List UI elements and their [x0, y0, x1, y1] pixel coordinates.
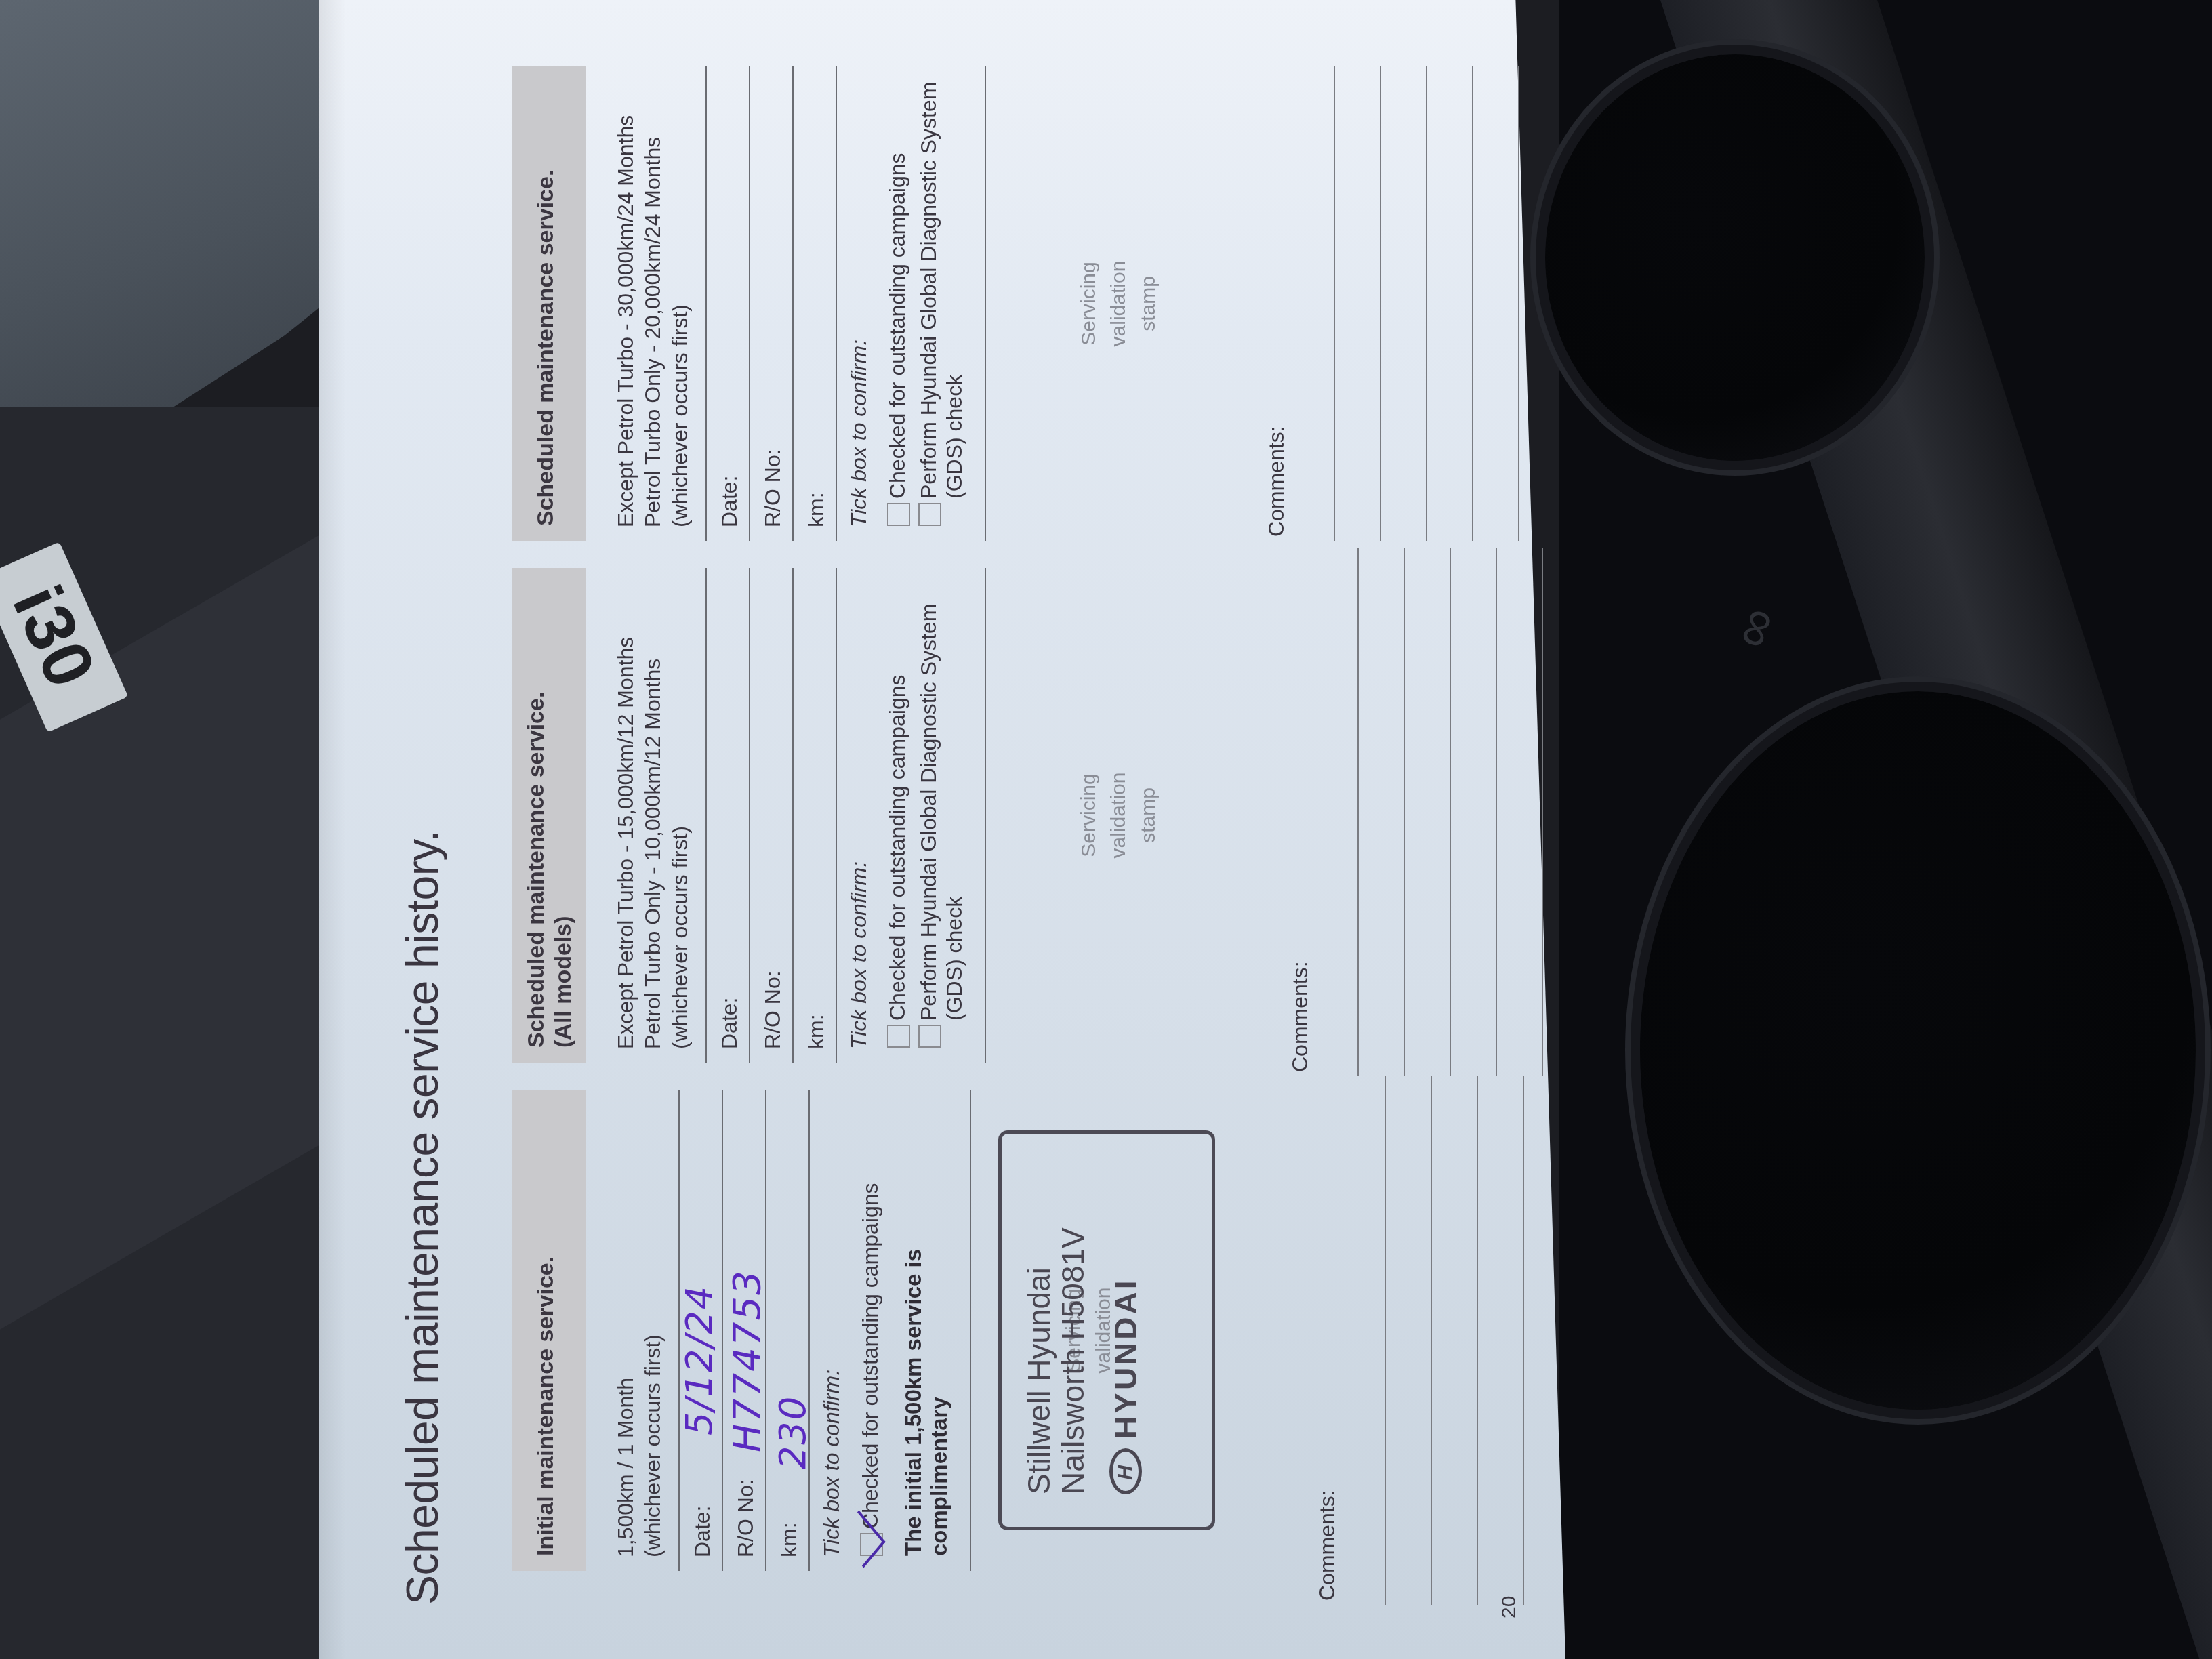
- service-interval: Except Petrol Turbo - 30,000km/24 Months…: [612, 66, 693, 541]
- tick-instructions: Tick box to confirm:: [819, 1090, 852, 1571]
- complimentary-note: The initial 1,500km service is complimen…: [901, 1090, 952, 1571]
- service-fields: Date: R/O No: km:: [705, 568, 837, 1063]
- comment-line[interactable]: [1497, 548, 1543, 1076]
- comments-15000: Comments:: [1288, 548, 1543, 1076]
- divider: [967, 568, 986, 1063]
- comments-30000: Comments:: [1264, 66, 1519, 541]
- stamp-placeholder: Servicing validation stamp: [1074, 568, 1164, 1063]
- comment-line[interactable]: [1289, 66, 1335, 541]
- stamp-area: Servicing validation stamp: [986, 568, 1325, 1063]
- cup-holder: [1640, 691, 2196, 1410]
- column-header: Scheduled maintenance service.: [512, 66, 586, 541]
- check-outstanding-campaigns[interactable]: Checked for outstanding campaigns: [884, 568, 910, 1063]
- checkbox-empty-icon[interactable]: [887, 503, 910, 526]
- service-fields: Date: R/O No: km:: [705, 66, 837, 541]
- service-column-30000: Scheduled maintenance service. Except Pe…: [512, 66, 1325, 541]
- check-outstanding-campaigns[interactable]: Checked for outstanding campaigns: [857, 1090, 883, 1571]
- date-field[interactable]: Date:: [705, 568, 750, 1063]
- service-booklet-page: Scheduled maintenance service history. I…: [319, 0, 1565, 1659]
- date-field[interactable]: Date: 5/12/24: [678, 1090, 723, 1571]
- column-header: Scheduled maintenance service. (All mode…: [512, 568, 586, 1063]
- dealer-validation-stamp: Stillwell Hyundai Nailsworth H5081V H HY…: [998, 1130, 1215, 1530]
- page-number: 20: [1498, 1596, 1521, 1618]
- hyundai-logo-icon: H: [1109, 1448, 1142, 1494]
- comment-line[interactable]: [1451, 548, 1497, 1076]
- checkbox-empty-icon[interactable]: [887, 1025, 910, 1048]
- tick-instructions: Tick box to confirm:: [846, 66, 879, 541]
- handwritten-ro-number: H774753: [725, 1269, 769, 1452]
- km-field[interactable]: km: 230: [766, 1090, 810, 1571]
- checkbox-empty-icon[interactable]: [918, 1025, 941, 1048]
- ro-number-field[interactable]: R/O No: H774753: [723, 1090, 766, 1571]
- comment-line[interactable]: [1432, 1076, 1478, 1605]
- divider: [967, 66, 986, 541]
- cup-holder: [1545, 54, 1925, 461]
- checkbox-checked-icon[interactable]: [860, 1533, 883, 1556]
- check-outstanding-campaigns[interactable]: Checked for outstanding campaigns: [884, 66, 910, 541]
- checkbox-empty-icon[interactable]: [918, 503, 941, 526]
- comment-line[interactable]: [1473, 66, 1519, 541]
- comment-line[interactable]: [1381, 66, 1427, 541]
- divider: [952, 1090, 971, 1571]
- comment-line[interactable]: [1478, 1076, 1524, 1605]
- comment-line[interactable]: [1340, 1076, 1386, 1605]
- ro-number-field[interactable]: R/O No:: [750, 568, 794, 1063]
- service-column-15000: Scheduled maintenance service. (All mode…: [512, 568, 1325, 1063]
- km-field[interactable]: km:: [794, 66, 837, 541]
- service-interval: 1,500km / 1 Month (whichever occurs firs…: [612, 1090, 666, 1571]
- tick-instructions: Tick box to confirm:: [846, 568, 879, 1063]
- comment-line[interactable]: [1386, 1076, 1432, 1605]
- handwritten-date: 5/12/24: [678, 1285, 720, 1435]
- comment-line[interactable]: [1313, 548, 1359, 1076]
- stamp-area: Servicing validation Stillwell Hyundai N…: [971, 1090, 1310, 1571]
- service-interval: Except Petrol Turbo - 15,000km/12 Months…: [612, 568, 693, 1063]
- date-field[interactable]: Date:: [705, 66, 750, 541]
- service-fields: Date: 5/12/24 R/O No: H774753 km: 230: [678, 1090, 810, 1571]
- stamp-placeholder: Servicing validation stamp: [1074, 66, 1164, 541]
- page-title: Scheduled maintenance service history.: [396, 830, 448, 1605]
- page-spine-shadow: [319, 0, 346, 1659]
- comment-line[interactable]: [1359, 548, 1405, 1076]
- comments-initial: Comments:: [1315, 1076, 1524, 1605]
- km-field[interactable]: km:: [794, 568, 837, 1063]
- service-column-initial: Initial maintenance service. 1,500km / 1…: [512, 1090, 1310, 1571]
- check-gds[interactable]: Perform Hyundai Global Diagnostic System…: [916, 66, 967, 541]
- column-header: Initial maintenance service.: [512, 1090, 586, 1571]
- ro-number-field[interactable]: R/O No:: [750, 66, 794, 541]
- comment-line[interactable]: [1427, 66, 1473, 541]
- comment-line[interactable]: [1405, 548, 1451, 1076]
- check-gds[interactable]: Perform Hyundai Global Diagnostic System…: [916, 568, 967, 1063]
- handwritten-km: 230: [771, 1395, 814, 1469]
- comment-line[interactable]: [1335, 66, 1381, 541]
